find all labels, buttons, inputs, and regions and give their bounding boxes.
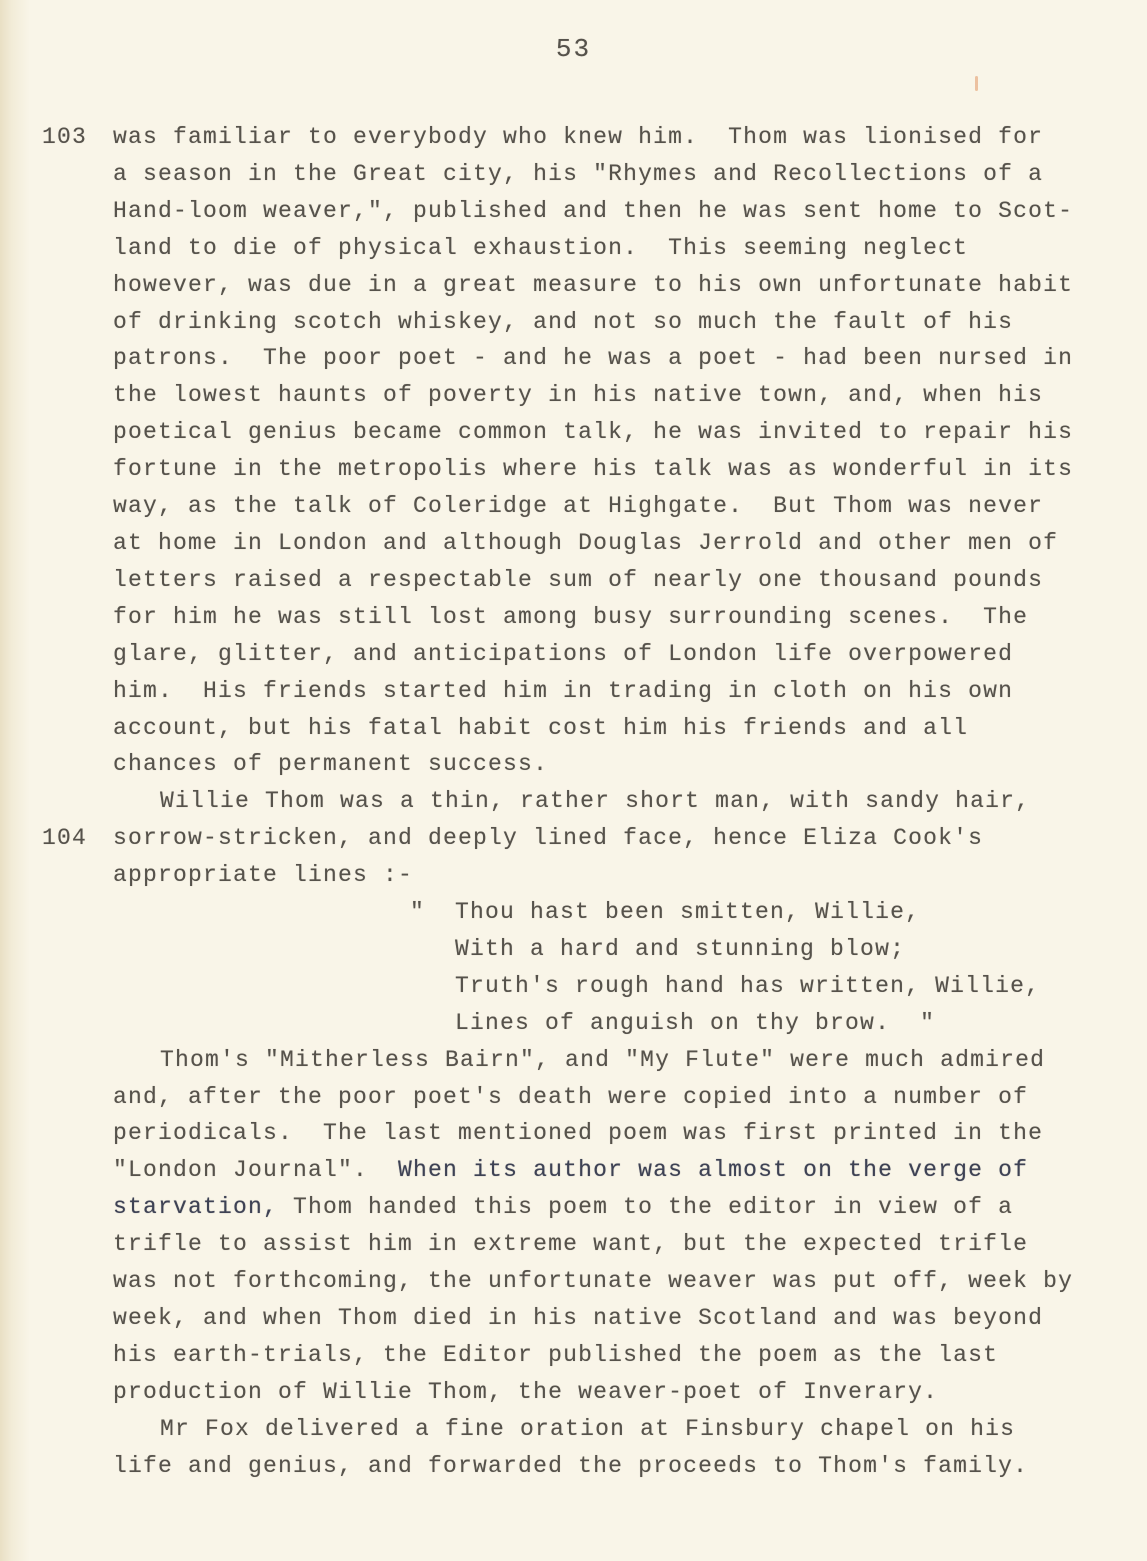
line-text: Thom's "Mitherless Bairn", and "My Flute… bbox=[160, 1047, 1045, 1073]
line-text: trifle to assist him in extreme want, bu… bbox=[113, 1231, 1028, 1257]
line-text: was familiar to everybody who knew him. … bbox=[113, 124, 1043, 150]
line-text: and, after the poor poet's death were co… bbox=[113, 1084, 1028, 1110]
line-text: at home in London and although Douglas J… bbox=[113, 530, 1058, 556]
text-line: him. His friends started him in trading … bbox=[113, 673, 1103, 710]
line-text: week, and when Thom died in his native S… bbox=[113, 1305, 1043, 1331]
text-line: production of Willie Thom, the weaver-po… bbox=[113, 1374, 1103, 1411]
line-text: way, as the talk of Coleridge at Highgat… bbox=[113, 493, 1043, 519]
line-text: Mr Fox delivered a fine oration at Finsb… bbox=[160, 1416, 1015, 1442]
line-text: for him he was still lost among busy sur… bbox=[113, 604, 1028, 630]
text-line: fortune in the metropolis where his talk… bbox=[113, 451, 1103, 488]
line-text: production of Willie Thom, the weaver-po… bbox=[113, 1379, 938, 1405]
text-line: Hand-loom weaver,", published and then h… bbox=[113, 193, 1103, 230]
text-line: letters raised a respectable sum of near… bbox=[113, 562, 1103, 599]
line-text: account, but his fatal habit cost him hi… bbox=[113, 715, 968, 741]
text-line: Truth's rough hand has written, Willie, bbox=[113, 968, 1103, 1005]
text-line: "London Journal". When its author was al… bbox=[113, 1152, 1103, 1189]
line-text: a season in the Great city, his "Rhymes … bbox=[113, 161, 1043, 187]
line-text: " Thou hast been smitten, Willie, bbox=[410, 899, 920, 925]
text-line: however, was due in a great measure to h… bbox=[113, 267, 1103, 304]
line-text: his earth-trials, the Editor published t… bbox=[113, 1342, 998, 1368]
emphasized-text: starvation, bbox=[113, 1194, 278, 1220]
line-text: land to die of physical exhaustion. This… bbox=[113, 235, 968, 261]
text-line: the lowest haunts of poverty in his nati… bbox=[113, 377, 1103, 414]
text-line: patrons. The poor poet - and he was a po… bbox=[113, 340, 1103, 377]
text-line: 103was familiar to everybody who knew hi… bbox=[113, 119, 1103, 156]
text-line: periodicals. The last mentioned poem was… bbox=[113, 1115, 1103, 1152]
line-text: fortune in the metropolis where his talk… bbox=[113, 456, 1073, 482]
line-text: poetical genius became common talk, he w… bbox=[113, 419, 1073, 445]
line-text: him. His friends started him in trading … bbox=[113, 678, 1013, 704]
line-text: the lowest haunts of poverty in his nati… bbox=[113, 382, 1043, 408]
line-text: periodicals. The last mentioned poem was… bbox=[113, 1120, 1043, 1146]
text-line: " Thou hast been smitten, Willie, bbox=[113, 894, 1103, 931]
text-line: of drinking scotch whiskey, and not so m… bbox=[113, 304, 1103, 341]
text-line: land to die of physical exhaustion. This… bbox=[113, 230, 1103, 267]
line-text: "London Journal". bbox=[113, 1157, 398, 1183]
text-line: chances of permanent success. bbox=[113, 746, 1103, 783]
text-line: a season in the Great city, his "Rhymes … bbox=[113, 156, 1103, 193]
line-text: was not forthcoming, the unfortunate wea… bbox=[113, 1268, 1073, 1294]
text-line: for him he was still lost among busy sur… bbox=[113, 599, 1103, 636]
text-line: starvation, Thom handed this poem to the… bbox=[113, 1189, 1103, 1226]
text-line: Willie Thom was a thin, rather short man… bbox=[113, 783, 1103, 820]
line-text: appropriate lines :- bbox=[113, 862, 413, 888]
line-text: Hand-loom weaver,", published and then h… bbox=[113, 198, 1073, 224]
text-line: way, as the talk of Coleridge at Highgat… bbox=[113, 488, 1103, 525]
line-text: patrons. The poor poet - and he was a po… bbox=[113, 345, 1073, 371]
emphasized-text: When its author was almost on the verge … bbox=[398, 1157, 1028, 1183]
text-line: Mr Fox delivered a fine oration at Finsb… bbox=[113, 1411, 1103, 1448]
line-text: With a hard and stunning blow; bbox=[455, 936, 905, 962]
text-line: appropriate lines :- bbox=[113, 857, 1103, 894]
text-line: account, but his fatal habit cost him hi… bbox=[113, 710, 1103, 747]
line-text: sorrow-stricken, and deeply lined face, … bbox=[113, 825, 983, 851]
text-line: With a hard and stunning blow; bbox=[113, 931, 1103, 968]
line-text: glare, glitter, and anticipations of Lon… bbox=[113, 641, 1013, 667]
text-line: Thom's "Mitherless Bairn", and "My Flute… bbox=[113, 1042, 1103, 1079]
line-text: of drinking scotch whiskey, and not so m… bbox=[113, 309, 1013, 335]
line-text: life and genius, and forwarded the proce… bbox=[113, 1453, 1028, 1479]
text-line: was not forthcoming, the unfortunate wea… bbox=[113, 1263, 1103, 1300]
line-text: Willie Thom was a thin, rather short man… bbox=[160, 788, 1030, 814]
typewritten-page: 53 103was familiar to everybody who knew… bbox=[0, 0, 1147, 1561]
line-text: Lines of anguish on thy brow. " bbox=[455, 1010, 935, 1036]
text-block: 103was familiar to everybody who knew hi… bbox=[113, 119, 1103, 1485]
margin-number: 103 bbox=[42, 119, 87, 156]
text-line: poetical genius became common talk, he w… bbox=[113, 414, 1103, 451]
line-text: letters raised a respectable sum of near… bbox=[113, 567, 1043, 593]
line-text: Truth's rough hand has written, Willie, bbox=[455, 973, 1040, 999]
text-line: at home in London and although Douglas J… bbox=[113, 525, 1103, 562]
text-line: Lines of anguish on thy brow. " bbox=[113, 1005, 1103, 1042]
line-text: Thom handed this poem to the editor in v… bbox=[278, 1194, 1013, 1220]
text-line: trifle to assist him in extreme want, bu… bbox=[113, 1226, 1103, 1263]
text-line: 104sorrow-stricken, and deeply lined fac… bbox=[113, 820, 1103, 857]
line-text: chances of permanent success. bbox=[113, 751, 548, 777]
text-line: week, and when Thom died in his native S… bbox=[113, 1300, 1103, 1337]
line-text: however, was due in a great measure to h… bbox=[113, 272, 1073, 298]
text-line: glare, glitter, and anticipations of Lon… bbox=[113, 636, 1103, 673]
text-line: his earth-trials, the Editor published t… bbox=[113, 1337, 1103, 1374]
margin-number: 104 bbox=[42, 820, 87, 857]
paper-mark bbox=[975, 76, 978, 91]
page-number: 53 bbox=[0, 34, 1147, 64]
text-line: life and genius, and forwarded the proce… bbox=[113, 1448, 1103, 1485]
text-line: and, after the poor poet's death were co… bbox=[113, 1079, 1103, 1116]
